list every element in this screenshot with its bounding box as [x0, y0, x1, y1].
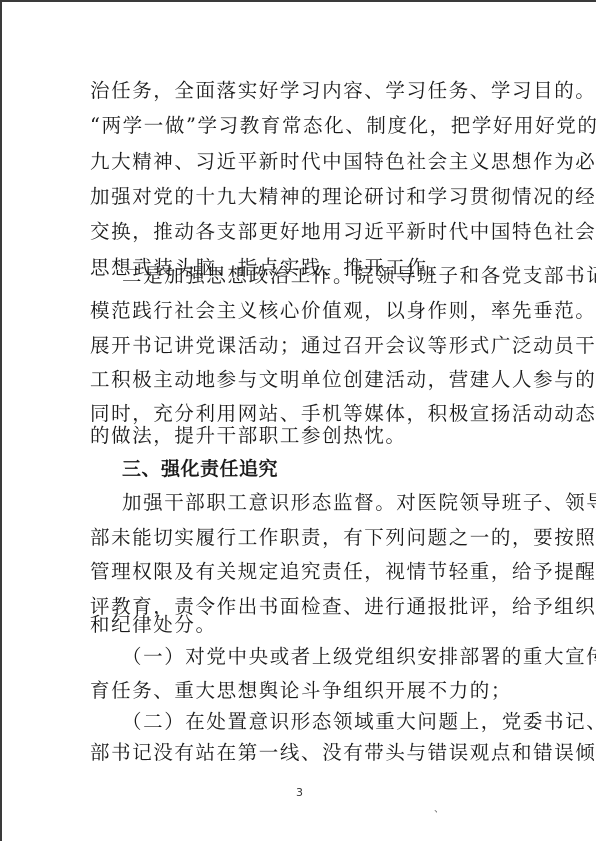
page-border-top	[0, 0, 596, 2]
paragraph-line: 工积极主动地参与文明单位创建活动，营建人人参与的氛围。	[90, 368, 514, 392]
section-heading: 三、强化责任追究	[122, 457, 546, 481]
list-item: 育任务、重大思想舆论斗争组织开展不力的；	[90, 679, 514, 703]
page-border-left	[0, 0, 2, 841]
paragraph-line: 管理权限及有关规定追究责任，视情节轻重，给予提醒、批	[90, 560, 514, 584]
paragraph-line: 展开书记讲党课活动；通过召开会议等形式广泛动员干部职	[90, 334, 514, 358]
paragraph-line: 九大精神、习近平新时代中国特色社会主义思想作为必修课，	[90, 150, 514, 174]
paragraph-line: 的做法，提升干部职工参创热忱。	[90, 424, 514, 448]
paragraph-line: 模范践行社会主义核心价值观，以身作则，率先垂范。积极	[90, 299, 514, 323]
paragraph-line: 治任务，全面落实好学习内容、学习任务、学习目的。推动	[90, 79, 514, 103]
paragraph-line: 部未能切实履行工作职责，有下列问题之一的，要按照干部	[90, 526, 514, 550]
scan-mark: 、	[434, 800, 444, 815]
paragraph-line: 加强对党的十九大精神的理论研讨和学习贯彻情况的经验	[90, 185, 514, 209]
paragraph-line: 加强干部职工意识形态监督。对医院领导班子、领导干	[122, 491, 546, 515]
paragraph-line: 二是加强思想政治工作。院领导班子和各党支部书记要	[122, 264, 546, 288]
page-number: 3	[296, 786, 303, 799]
list-item: 部书记没有站在第一线、没有带头与错误观点和错误倾向作	[90, 741, 514, 765]
paragraph-line: 同时，充分利用网站、手机等媒体，积极宣扬活动动态和好	[90, 402, 514, 426]
paragraph-line: “两学一做”学习教育常态化、制度化，把学好用好党的十	[90, 114, 514, 138]
paragraph-line: 交换，推动各支部更好地用习近平新时代中国特色社会主义	[90, 220, 514, 244]
list-item: （二）在处置意识形态领域重大问题上，党委书记、支	[122, 710, 546, 734]
list-item: （一）对党中央或者上级党组织安排部署的重大宣传教	[122, 645, 546, 669]
paragraph-line: 和纪律处分。	[90, 613, 514, 637]
